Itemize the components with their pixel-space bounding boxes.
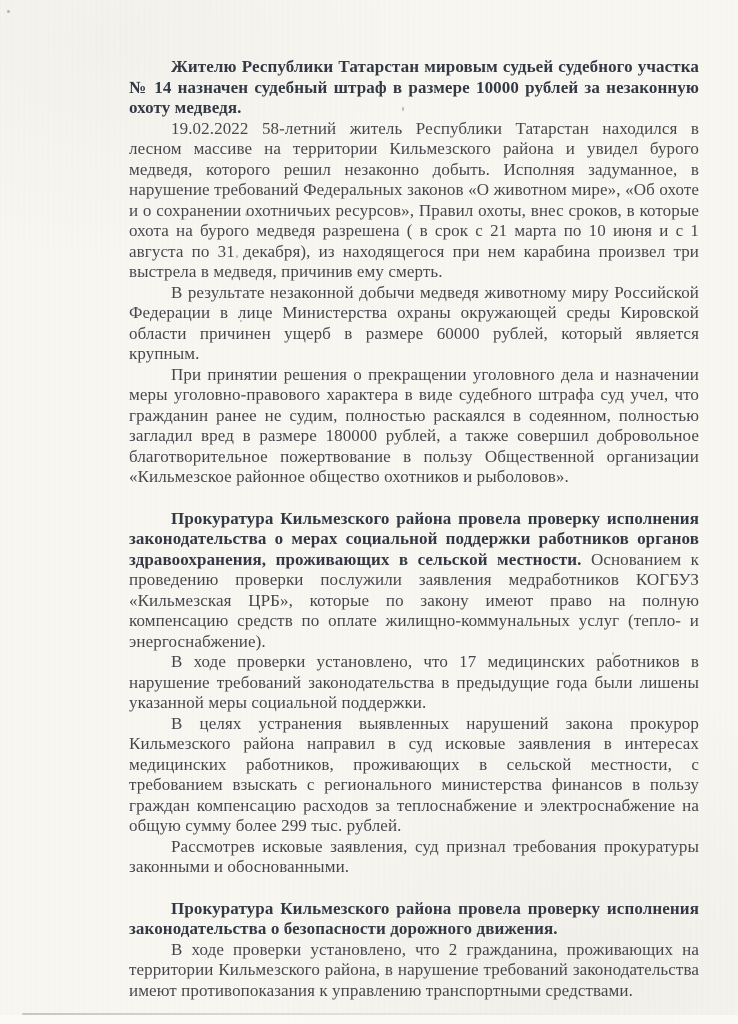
scan-speck [236, 255, 238, 258]
paragraph: В целях устранения выявленных нарушений … [129, 714, 699, 837]
document-content: Жителю Республики Татарстан мировым судь… [129, 57, 699, 1001]
section-heading: Прокуратура Кильмезского района провела … [129, 899, 699, 940]
section-road-safety: Прокуратура Кильмезского района провела … [129, 899, 699, 1002]
paragraph: В ходе проверки установлено, что 17 меди… [129, 652, 699, 714]
paragraph: При принятии решения о прекращении уголо… [129, 365, 699, 488]
paragraph: Рассмотрев исковые заявления, суд призна… [129, 837, 699, 878]
document-page: Жителю Республики Татарстан мировым судь… [0, 0, 738, 1024]
scan-speck [240, 320, 242, 322]
section-heading-text: Прокуратура Кильмезского района провела … [129, 899, 699, 939]
scan-speck [612, 652, 614, 655]
paragraph: 19.02.2022 58-летний житель Республики Т… [129, 119, 699, 283]
section-bear-hunting-fine: Жителю Республики Татарстан мировым судь… [129, 57, 699, 488]
scan-speck [402, 107, 404, 111]
scan-speck [310, 190, 312, 192]
section-heading: Жителю Республики Татарстан мировым судь… [129, 57, 699, 119]
section-medical-workers-support: Прокуратура Кильмезского района провела … [129, 509, 699, 878]
section-heading-text: Жителю Республики Татарстан мировым судь… [129, 57, 699, 117]
paragraph: В ходе проверки установлено, что 2 гражд… [129, 940, 699, 1002]
paragraph: В результате незаконной добычи медведя ж… [129, 283, 699, 365]
scan-artifact-line [22, 1013, 567, 1015]
scan-speck [7, 10, 10, 13]
scan-bottom-strip [0, 1015, 738, 1024]
lead-paragraph: Прокуратура Кильмезского района провела … [129, 509, 699, 653]
scan-speck [245, 213, 248, 216]
